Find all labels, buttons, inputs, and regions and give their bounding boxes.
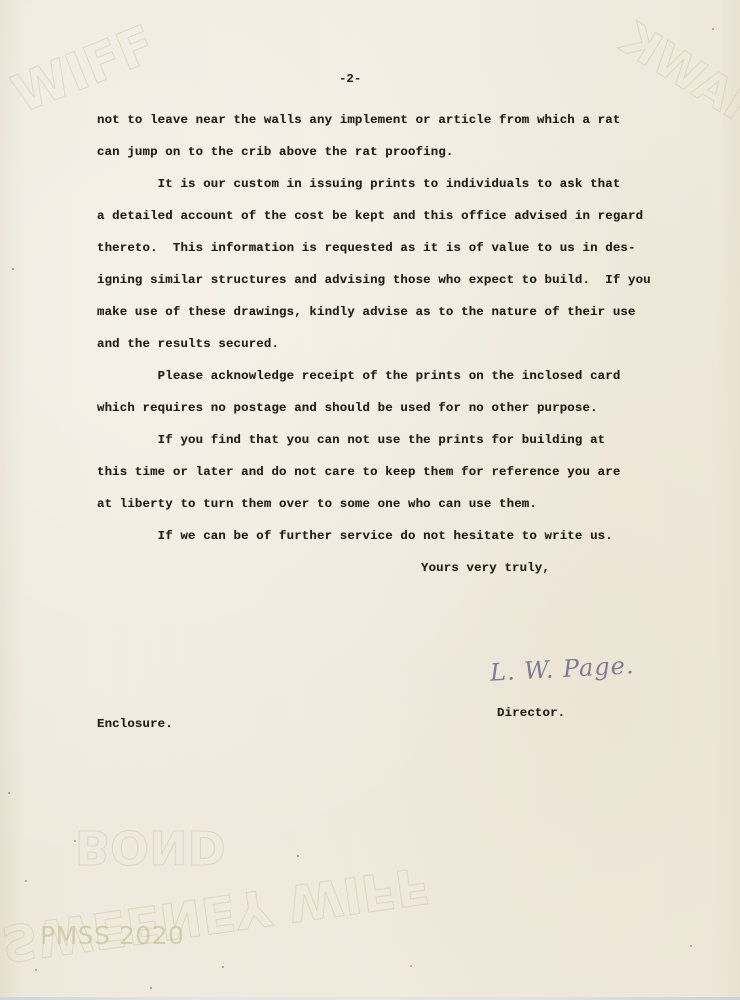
paper-speck (8, 792, 10, 794)
letter-page: WIFF HAWK BOND SWEENEY WIFF -2- not to l… (0, 0, 740, 1000)
body-line: If you find that you can not use the pri… (97, 433, 605, 447)
paper-speck (690, 945, 692, 947)
closing: Yours very truly, (421, 561, 550, 575)
paper-speck (297, 855, 299, 857)
body-line: at liberty to turn them over to some one… (97, 497, 537, 511)
body-line: can jump on to the crib above the rat pr… (97, 145, 454, 159)
body-line: igning similar structures and advising t… (97, 273, 651, 287)
paper-speck (12, 268, 14, 270)
paper-speck (150, 987, 152, 989)
paper-speck (25, 880, 27, 882)
watermark-hawk: HAWK (613, 12, 740, 142)
signer-title: Director. (497, 706, 565, 720)
enclosure-note: Enclosure. (97, 717, 173, 731)
body-line: not to leave near the walls any implemen… (97, 113, 620, 127)
watermark-bond: BOND (75, 820, 226, 874)
body-line: If we can be of further service do not h… (97, 529, 613, 543)
body-line: It is our custom in issuing prints to in… (97, 177, 620, 191)
body-line: this time or later and do not care to ke… (97, 465, 620, 479)
page-number: -2- (339, 72, 361, 86)
paper-speck (74, 840, 76, 842)
archive-label: PMSS 2020 (40, 921, 184, 950)
body-line: and the results secured. (97, 337, 279, 351)
paper-speck (222, 966, 224, 968)
watermark-wiff: WIFF (4, 15, 163, 126)
body-line: which requires no postage and should be … (97, 401, 598, 415)
handwritten-signature: L. W. Page. (489, 651, 635, 687)
paper-speck (410, 965, 412, 967)
paper-speck (712, 28, 714, 30)
watermark-sweeney-wiff: SWEENEY WIFF (0, 855, 433, 972)
body-line: make use of these drawings, kindly advis… (97, 305, 636, 319)
body-line: a detailed account of the cost be kept a… (97, 209, 643, 223)
body-line: Please acknowledge receipt of the prints… (97, 369, 620, 383)
body-line: thereto. This information is requested a… (97, 241, 636, 255)
paper-speck (35, 969, 37, 971)
